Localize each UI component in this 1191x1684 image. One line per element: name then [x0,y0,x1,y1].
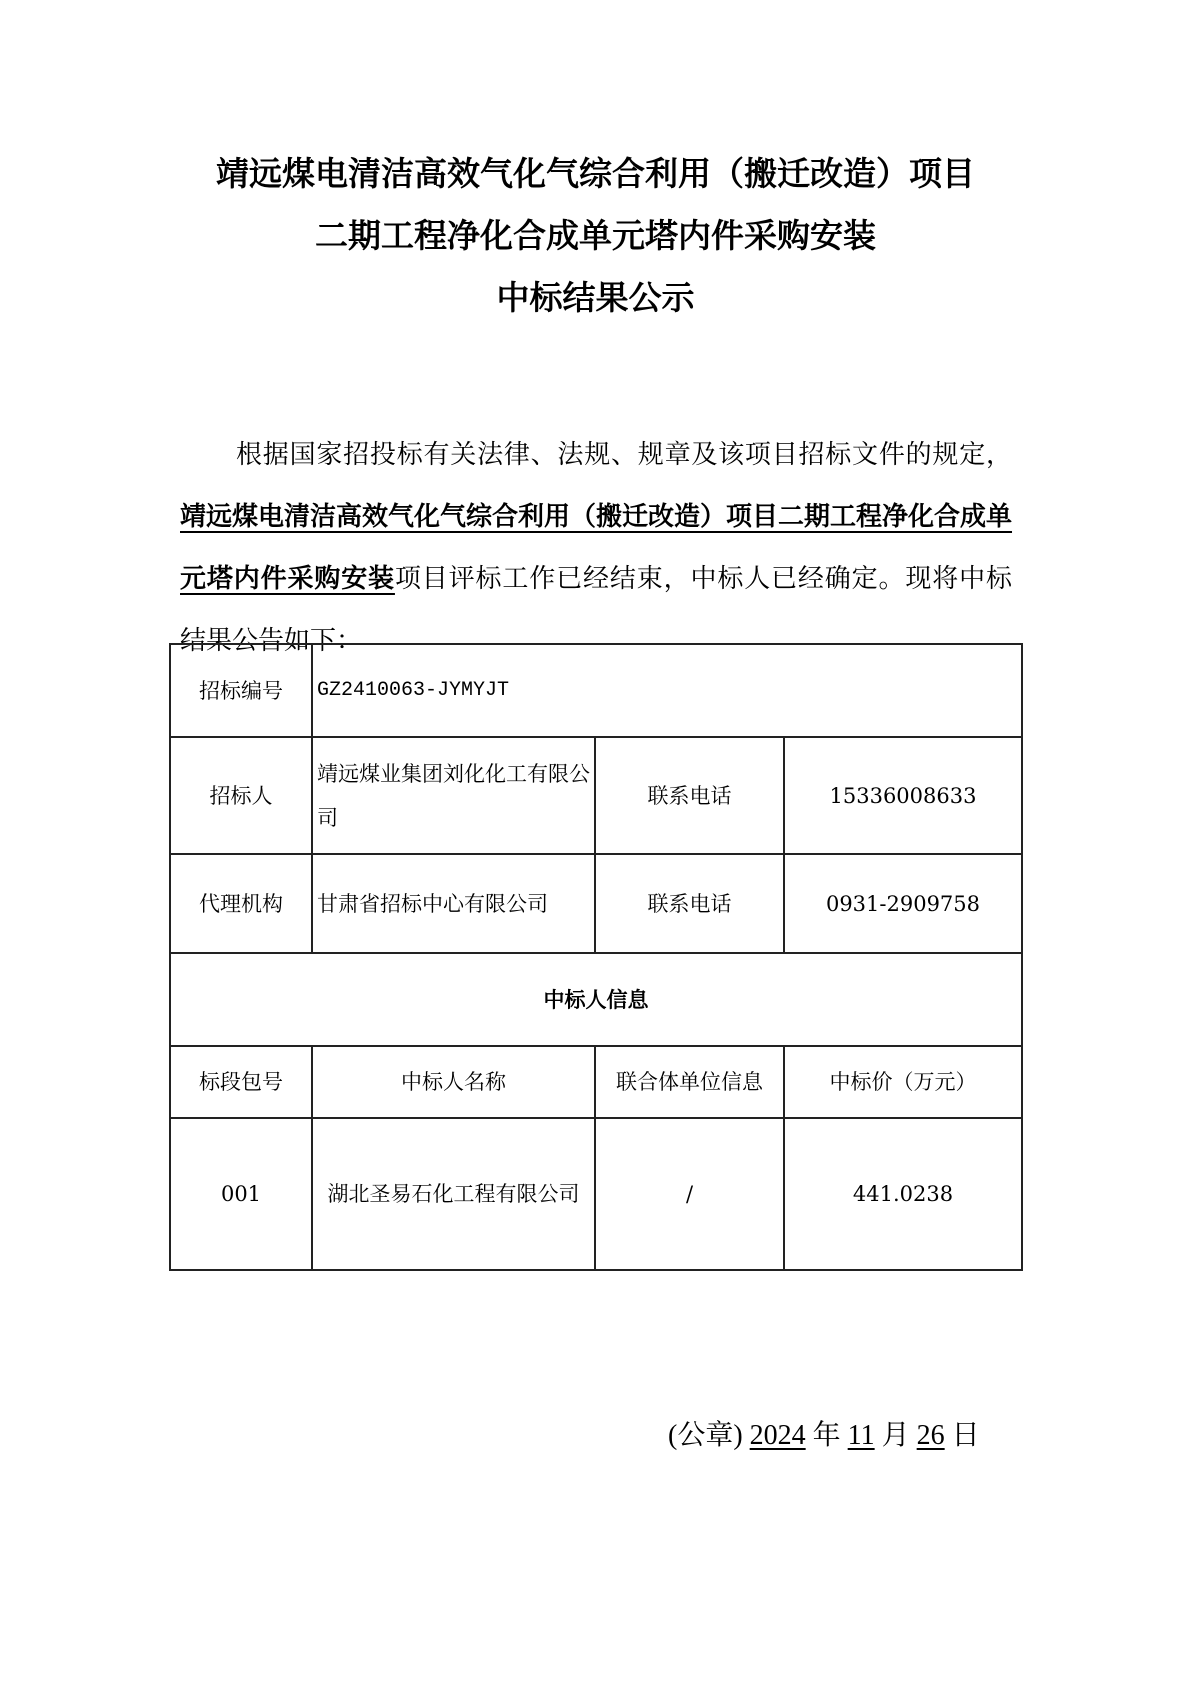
winner-section-title: 中标人信息 [170,953,1022,1046]
agency-label: 代理机构 [170,854,312,953]
seal-label: (公章) [668,1420,743,1451]
winner-name: 湖北圣易石化工程有限公司 [312,1118,595,1270]
tenderer-label: 招标人 [170,737,312,854]
tenderer-value: 靖远煤业集团刘化化工有限公司 [312,737,595,854]
month-value: 11 [848,1420,875,1451]
table-row: 001 湖北圣易石化工程有限公司 / 441.0238 [170,1118,1022,1270]
year-unit: 年 [813,1420,841,1451]
document-title-line-1: 靖远煤电清洁高效气化气综合利用（搬迁改造）项目 [0,154,1191,194]
header-price: 中标价（万元） [784,1046,1022,1118]
bid-number-value: GZ2410063-JYMYJT [312,644,1022,737]
agency-phone-label: 联系电话 [595,854,784,953]
winner-header-row: 标段包号 中标人名称 联合体单位信息 中标价（万元） [170,1046,1022,1118]
document-title-line-2: 二期工程净化合成单元塔内件采购安装 [0,216,1191,256]
agency-value: 甘肃省招标中心有限公司 [312,854,595,953]
header-winner-name: 中标人名称 [312,1046,595,1118]
tenderer-row: 招标人 靖远煤业集团刘化化工有限公司 联系电话 15336008633 [170,737,1022,854]
header-package-no: 标段包号 [170,1046,312,1118]
winning-price: 441.0238 [784,1118,1022,1270]
intro-prefix: 根据国家招投标有关法律、法规、规章及该项目招标文件的规定， [236,440,1012,470]
bid-number-label: 招标编号 [170,644,312,737]
result-table: 招标编号 GZ2410063-JYMYJT 招标人 靖远煤业集团刘化化工有限公司… [169,643,1023,1271]
intro-paragraph: 根据国家招投标有关法律、法规、规章及该项目招标文件的规定，靖远煤电清洁高效气化气… [180,424,1012,672]
document-page: 靖远煤电清洁高效气化气综合利用（搬迁改造）项目 二期工程净化合成单元塔内件采购安… [0,0,1191,1684]
day-value: 26 [917,1420,945,1451]
agency-phone-value: 0931-2909758 [784,854,1022,953]
tenderer-phone-value: 15336008633 [784,737,1022,854]
month-unit: 月 [882,1420,910,1451]
package-no: 001 [170,1118,312,1270]
tenderer-phone-label: 联系电话 [595,737,784,854]
signature-date: (公章) 2024 年 11 月 26 日 [668,1416,980,1456]
winner-section-row: 中标人信息 [170,953,1022,1046]
header-consortium-info: 联合体单位信息 [595,1046,784,1118]
day-unit: 日 [952,1420,980,1451]
year-value: 2024 [750,1420,806,1451]
consortium-info: / [595,1118,784,1270]
agency-row: 代理机构 甘肃省招标中心有限公司 联系电话 0931-2909758 [170,854,1022,953]
document-title-line-3: 中标结果公示 [0,278,1191,318]
bid-number-row: 招标编号 GZ2410063-JYMYJT [170,644,1022,737]
